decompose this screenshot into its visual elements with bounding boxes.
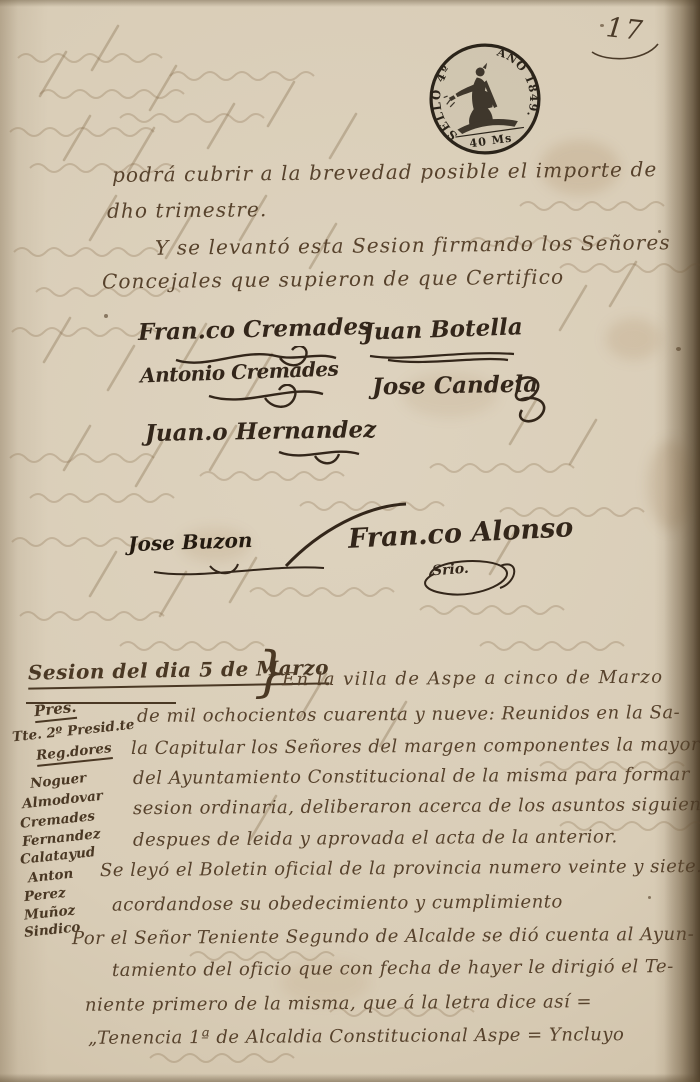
body-line: Por el Señor Teniente Segundo de Alcalde… — [72, 924, 694, 949]
body-line: sesion ordinaria, deliberaron acerca de … — [133, 794, 700, 819]
page-edge-right — [664, 0, 700, 1082]
paper-stain — [606, 318, 661, 360]
ink-speck — [648, 896, 651, 899]
signature-rubric — [275, 444, 365, 474]
body-line: de mil ochocientos cuarenta y nueve: Reu… — [137, 702, 680, 727]
margin-note: Pres. — [33, 698, 77, 720]
tax-stamp: SELLO 4º AÑO 1849. 40 Ms — [418, 32, 551, 165]
signature-rubric — [506, 372, 566, 428]
signature: Jose Buzon — [128, 528, 253, 556]
signature-rubric — [368, 346, 518, 366]
ink-speck — [104, 314, 108, 318]
ink-speck — [600, 24, 604, 27]
page-edge-bottom — [0, 1074, 700, 1082]
signature: Juan Botella — [363, 313, 524, 346]
body-line: „Tenencia 1ª de Alcaldia Constitucional … — [88, 1024, 624, 1049]
signature-leading-stroke — [280, 500, 410, 570]
body-line: Se leyó el Boletin oficial de la provinc… — [100, 856, 700, 881]
signature: Juan.o Hernandez — [145, 416, 377, 447]
margin-note-label: Pres. — [33, 698, 77, 723]
body-line: del Ayuntamiento Constitucional de la mi… — [133, 764, 690, 789]
signature-rubric — [205, 384, 335, 416]
manuscript-page: 17 SELLO 4º AÑO 1849. 40 Ms po — [0, 0, 700, 1082]
secretary-rubric-oval — [400, 548, 520, 604]
folio-flourish — [586, 38, 666, 64]
body-line: En la villa de Aspe a cinco de Marzo — [282, 667, 664, 691]
body-line: la Capitular los Señores del margen comp… — [131, 734, 700, 759]
closing-line: dho trimestre. — [107, 197, 268, 223]
body-line: despues de leida y aprovada el acta de l… — [133, 826, 618, 850]
closing-line: Concejales que supieron de que Certifico — [102, 265, 564, 294]
body-line: acordandose su obedecimiento y cumplimie… — [112, 891, 563, 915]
body-line: niente primero de la misma, que á la let… — [85, 991, 592, 1016]
body-line: tamiento del oficio que con fecha de hay… — [112, 956, 674, 981]
